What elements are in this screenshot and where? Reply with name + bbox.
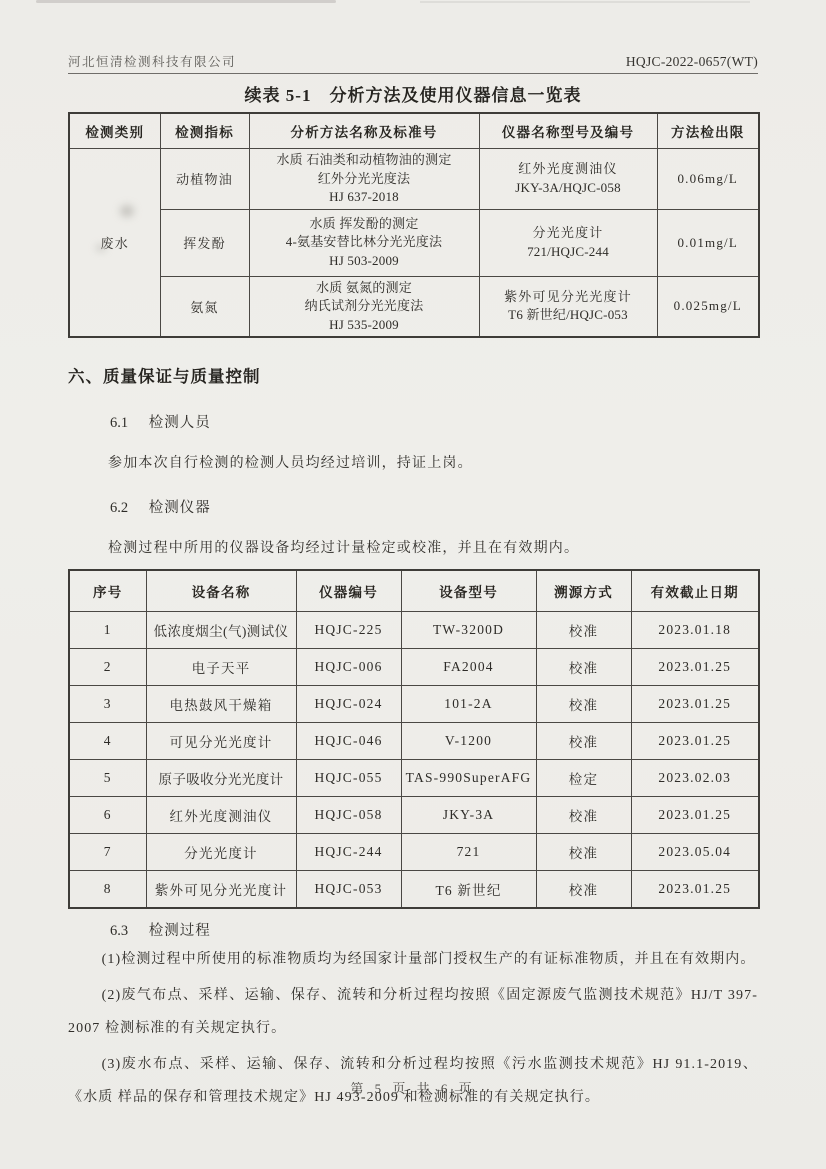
col-header-no: 序号 bbox=[69, 570, 146, 612]
valid-date-cell: 2023.05.04 bbox=[631, 834, 759, 871]
instrument-cell: 分光光度计 721/HQJC-244 bbox=[479, 209, 657, 276]
document-number: HQJC-2022-0657(WT) bbox=[626, 54, 758, 70]
col-header-indicator: 检测指标 bbox=[160, 113, 249, 149]
traceability-cell: 校准 bbox=[536, 612, 631, 649]
paragraph: (2)废气布点、采样、运输、保存、流转和分析过程均按照《固定源废气监测技术规范》… bbox=[68, 979, 758, 1045]
detection-limit-cell: 0.06mg/L bbox=[657, 149, 759, 210]
traceability-cell: 校准 bbox=[536, 797, 631, 834]
paragraph: 检测过程中所用的仪器设备均经过计量检定或校准，并且在有效期内。 bbox=[68, 537, 758, 557]
col-header-traceability: 溯源方式 bbox=[536, 570, 631, 612]
traceability-cell: 校准 bbox=[536, 834, 631, 871]
model-cell: JKY-3A bbox=[401, 797, 536, 834]
traceability-cell: 检定 bbox=[536, 760, 631, 797]
instrument-no-cell: HQJC-058 bbox=[296, 797, 401, 834]
method-line: 红外分光光度法 bbox=[252, 170, 477, 189]
paragraph: 参加本次自行检测的检测人员均经过培训，持证上岗。 bbox=[68, 452, 758, 472]
method-cell: 水质 氨氮的测定 纳氏试剂分光光度法 HJ 535-2009 bbox=[249, 276, 479, 337]
method-cell: 水质 石油类和动植物油的测定 红外分光光度法 HJ 637-2018 bbox=[249, 149, 479, 210]
valid-date-cell: 2023.01.25 bbox=[631, 723, 759, 760]
detection-limit-cell: 0.025mg/L bbox=[657, 276, 759, 337]
equipment-table: 序号 设备名称 仪器编号 设备型号 溯源方式 有效截止日期 1 低浓度烟尘(气)… bbox=[68, 569, 760, 909]
table-row: 氨氮 水质 氨氮的测定 纳氏试剂分光光度法 HJ 535-2009 紫外可见分光… bbox=[69, 276, 759, 337]
valid-date-cell: 2023.01.25 bbox=[631, 686, 759, 723]
col-header-instrument-no: 仪器编号 bbox=[296, 570, 401, 612]
model-cell: 101-2A bbox=[401, 686, 536, 723]
instrument-no-cell: HQJC-006 bbox=[296, 649, 401, 686]
col-header-model: 设备型号 bbox=[401, 570, 536, 612]
paragraph: (1)检测过程中所使用的标准物质均为经国家计量部门授权生产的有证标准物质，并且在… bbox=[68, 943, 758, 976]
device-name-cell: 红外光度测油仪 bbox=[146, 797, 296, 834]
instrument-id: JKY-3A/HQJC-058 bbox=[482, 179, 655, 198]
section-heading: 六、质量保证与质量控制 bbox=[68, 363, 758, 387]
instrument-no-cell: HQJC-053 bbox=[296, 871, 401, 909]
subsection-title: 检测过程 bbox=[149, 923, 211, 939]
traceability-cell: 校准 bbox=[536, 723, 631, 760]
valid-date-cell: 2023.01.25 bbox=[631, 871, 759, 909]
subsection-number: 6.1 bbox=[110, 415, 128, 431]
col-header-device-name: 设备名称 bbox=[146, 570, 296, 612]
instrument-id: T6 新世纪/HQJC-053 bbox=[482, 306, 655, 325]
device-name-cell: 低浓度烟尘(气)测试仪 bbox=[146, 612, 296, 649]
instrument-no-cell: HQJC-244 bbox=[296, 834, 401, 871]
seq-cell: 3 bbox=[69, 686, 146, 723]
instrument-name: 紫外可见分光光度计 bbox=[482, 288, 655, 307]
subsection-title: 检测仪器 bbox=[149, 500, 211, 516]
method-standard-number: HJ 637-2018 bbox=[252, 188, 477, 207]
table-row: 8 紫外可见分光光度计 HQJC-053 T6 新世纪 校准 2023.01.2… bbox=[69, 871, 759, 909]
table-row: 3 电热鼓风干燥箱 HQJC-024 101-2A 校准 2023.01.25 bbox=[69, 686, 759, 723]
model-cell: V-1200 bbox=[401, 723, 536, 760]
valid-date-cell: 2023.01.18 bbox=[631, 612, 759, 649]
traceability-cell: 校准 bbox=[536, 871, 631, 909]
scan-spot-artifact bbox=[96, 245, 106, 251]
detection-limit-cell: 0.01mg/L bbox=[657, 209, 759, 276]
instrument-cell: 紫外可见分光光度计 T6 新世纪/HQJC-053 bbox=[479, 276, 657, 337]
col-header-method: 分析方法名称及标准号 bbox=[249, 113, 479, 149]
instrument-no-cell: HQJC-024 bbox=[296, 686, 401, 723]
seq-cell: 7 bbox=[69, 834, 146, 871]
device-name-cell: 可见分光光度计 bbox=[146, 723, 296, 760]
indicator-cell: 氨氮 bbox=[160, 276, 249, 337]
seq-cell: 2 bbox=[69, 649, 146, 686]
model-cell: FA2004 bbox=[401, 649, 536, 686]
instrument-no-cell: HQJC-046 bbox=[296, 723, 401, 760]
col-header-limit: 方法检出限 bbox=[657, 113, 759, 149]
indicator-cell: 挥发酚 bbox=[160, 209, 249, 276]
table-row: 废水 动植物油 水质 石油类和动植物油的测定 红外分光光度法 HJ 637-20… bbox=[69, 149, 759, 210]
seq-cell: 8 bbox=[69, 871, 146, 909]
subsection-number: 6.2 bbox=[110, 500, 128, 516]
document-page: 河北恒清检测科技有限公司 HQJC-2022-0657(WT) 续表 5-1 分… bbox=[0, 0, 826, 1169]
instrument-id: 721/HQJC-244 bbox=[482, 243, 655, 262]
subsection-number: 6.3 bbox=[110, 923, 128, 939]
model-cell: TW-3200D bbox=[401, 612, 536, 649]
instrument-name: 红外光度测油仪 bbox=[482, 160, 655, 179]
device-name-cell: 分光光度计 bbox=[146, 834, 296, 871]
scan-spot-artifact bbox=[120, 205, 134, 217]
device-name-cell: 紫外可见分光光度计 bbox=[146, 871, 296, 909]
subsection-6-1: 6.1 检测人员 bbox=[68, 411, 758, 432]
analysis-method-table: 检测类别 检测指标 分析方法名称及标准号 仪器名称型号及编号 方法检出限 废水 … bbox=[68, 112, 760, 338]
instrument-name: 分光光度计 bbox=[482, 224, 655, 243]
company-name: 河北恒清检测科技有限公司 bbox=[68, 52, 236, 70]
subsection-6-2: 6.2 检测仪器 bbox=[68, 496, 758, 517]
subsection-6-3: 6.3 检测过程 bbox=[68, 919, 758, 940]
table1-title: 续表 5-1 分析方法及使用仪器信息一览表 bbox=[68, 81, 758, 106]
scan-edge-artifact bbox=[420, 1, 750, 3]
table-row: 4 可见分光光度计 HQJC-046 V-1200 校准 2023.01.25 bbox=[69, 723, 759, 760]
table-row: 1 低浓度烟尘(气)测试仪 HQJC-225 TW-3200D 校准 2023.… bbox=[69, 612, 759, 649]
method-line: 纳氏试剂分光光度法 bbox=[252, 297, 477, 316]
method-cell: 水质 挥发酚的测定 4-氨基安替比林分光光度法 HJ 503-2009 bbox=[249, 209, 479, 276]
table-row: 5 原子吸收分光光度计 HQJC-055 TAS-990SuperAFG 检定 … bbox=[69, 760, 759, 797]
traceability-cell: 校准 bbox=[536, 686, 631, 723]
seq-cell: 1 bbox=[69, 612, 146, 649]
indicator-cell: 动植物油 bbox=[160, 149, 249, 210]
device-name-cell: 电子天平 bbox=[146, 649, 296, 686]
valid-date-cell: 2023.01.25 bbox=[631, 797, 759, 834]
method-standard-number: HJ 535-2009 bbox=[252, 316, 477, 335]
seq-cell: 5 bbox=[69, 760, 146, 797]
valid-date-cell: 2023.02.03 bbox=[631, 760, 759, 797]
seq-cell: 6 bbox=[69, 797, 146, 834]
device-name-cell: 电热鼓风干燥箱 bbox=[146, 686, 296, 723]
col-header-instrument: 仪器名称型号及编号 bbox=[479, 113, 657, 149]
traceability-cell: 校准 bbox=[536, 649, 631, 686]
model-cell: 721 bbox=[401, 834, 536, 871]
method-line: 水质 挥发酚的测定 bbox=[252, 215, 477, 234]
table-row: 6 红外光度测油仪 HQJC-058 JKY-3A 校准 2023.01.25 bbox=[69, 797, 759, 834]
method-line: 水质 石油类和动植物油的测定 bbox=[252, 151, 477, 170]
model-cell: TAS-990SuperAFG bbox=[401, 760, 536, 797]
category-cell: 废水 bbox=[69, 149, 160, 338]
page-footer: 第 5 页 共 6 页 bbox=[0, 1078, 826, 1097]
table-row: 7 分光光度计 HQJC-244 721 校准 2023.05.04 bbox=[69, 834, 759, 871]
table-row: 2 电子天平 HQJC-006 FA2004 校准 2023.01.25 bbox=[69, 649, 759, 686]
col-header-category: 检测类别 bbox=[69, 113, 160, 149]
table-header-row: 序号 设备名称 仪器编号 设备型号 溯源方式 有效截止日期 bbox=[69, 570, 759, 612]
method-standard-number: HJ 503-2009 bbox=[252, 252, 477, 271]
subsection-title: 检测人员 bbox=[149, 415, 211, 431]
scan-edge-artifact bbox=[36, 0, 336, 3]
page-header: 河北恒清检测科技有限公司 HQJC-2022-0657(WT) bbox=[68, 52, 758, 74]
instrument-cell: 红外光度测油仪 JKY-3A/HQJC-058 bbox=[479, 149, 657, 210]
table-row: 挥发酚 水质 挥发酚的测定 4-氨基安替比林分光光度法 HJ 503-2009 … bbox=[69, 209, 759, 276]
instrument-no-cell: HQJC-225 bbox=[296, 612, 401, 649]
model-cell: T6 新世纪 bbox=[401, 871, 536, 909]
valid-date-cell: 2023.01.25 bbox=[631, 649, 759, 686]
seq-cell: 4 bbox=[69, 723, 146, 760]
device-name-cell: 原子吸收分光光度计 bbox=[146, 760, 296, 797]
method-line: 4-氨基安替比林分光光度法 bbox=[252, 233, 477, 252]
method-line: 水质 氨氮的测定 bbox=[252, 279, 477, 298]
table-header-row: 检测类别 检测指标 分析方法名称及标准号 仪器名称型号及编号 方法检出限 bbox=[69, 113, 759, 149]
col-header-valid-until: 有效截止日期 bbox=[631, 570, 759, 612]
instrument-no-cell: HQJC-055 bbox=[296, 760, 401, 797]
